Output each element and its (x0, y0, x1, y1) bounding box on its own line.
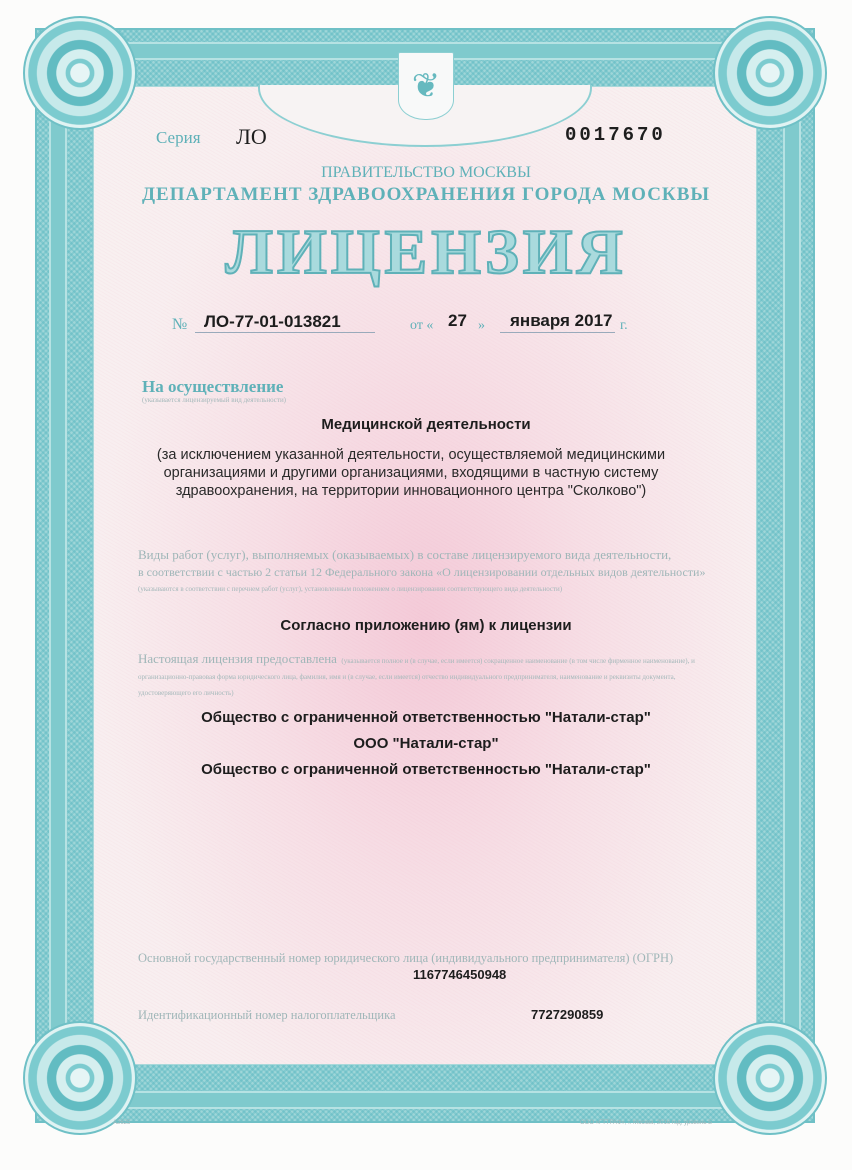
activity-exception: (за исключением указанной деятельности, … (112, 446, 710, 500)
license-number: ЛО-77-01-013821 (204, 312, 341, 332)
ogrn-label: Основной государственный номер юридическ… (138, 951, 673, 966)
issuer-government: ПРАВИТЕЛЬСТВО МОСКВЫ (0, 164, 852, 182)
rosette-top-left-icon (23, 16, 137, 130)
serial-number: 0017670 (565, 124, 666, 146)
rosette-bottom-left-icon (23, 1021, 137, 1135)
licensee-full-name: Общество с ограниченной ответственностью… (0, 709, 852, 726)
inn-value: 7727290859 (531, 1007, 603, 1022)
date-day: 27 (448, 311, 467, 331)
series-value: ЛО (236, 124, 267, 150)
licensee-brand-name: Общество с ограниченной ответственностью… (0, 761, 852, 778)
license-title: ЛИЦЕНЗИЯ (0, 215, 852, 289)
granted-label: Настоящая лицензия предоставлена (138, 651, 337, 666)
granted-block: Настоящая лицензия предоставлена (указыв… (138, 652, 714, 700)
date-underline (500, 332, 615, 333)
works-value: Согласно приложению (ям) к лицензии (0, 617, 852, 634)
activity-value: Медицинской деятельности (0, 416, 852, 433)
number-label: № (172, 316, 187, 334)
ogrn-value: 1167746450948 (413, 967, 506, 982)
works-hint: (указываются в соответствии с перечнем р… (138, 585, 698, 593)
rosette-bottom-right-icon (713, 1021, 827, 1135)
coat-of-arms-icon: ❦ (398, 52, 454, 120)
licensee-short-name: ООО "Натали-стар" (0, 735, 852, 752)
works-label-line1: Виды работ (услуг), выполняемых (оказыва… (138, 545, 708, 564)
footer-form-code: А2625 (113, 1120, 130, 1126)
series-label: Серия (156, 128, 201, 148)
activity-hint: (указывается лицензируемый вид деятельно… (142, 396, 286, 404)
date-suffix: г. (620, 318, 628, 334)
date-close-quote: » (478, 318, 485, 334)
issuer-department: ДЕПАРТАМЕНТ ЗДРАВООХРАНЕНИЯ ГОРОДА МОСКВ… (0, 184, 852, 206)
rosette-top-right-icon (713, 16, 827, 130)
works-label-line2: в соответствии с частью 2 статьи 12 Феде… (138, 563, 718, 582)
date-month-year: января 2017 (510, 311, 613, 331)
number-underline (195, 332, 375, 333)
date-from-label: от « (410, 318, 433, 334)
inn-label: Идентификационный номер налогоплательщик… (138, 1008, 396, 1023)
activity-label: На осуществление (142, 377, 283, 397)
footer-printer: ООО «ГТТРАФ», г. Москва, 2016 год, урове… (580, 1120, 712, 1126)
